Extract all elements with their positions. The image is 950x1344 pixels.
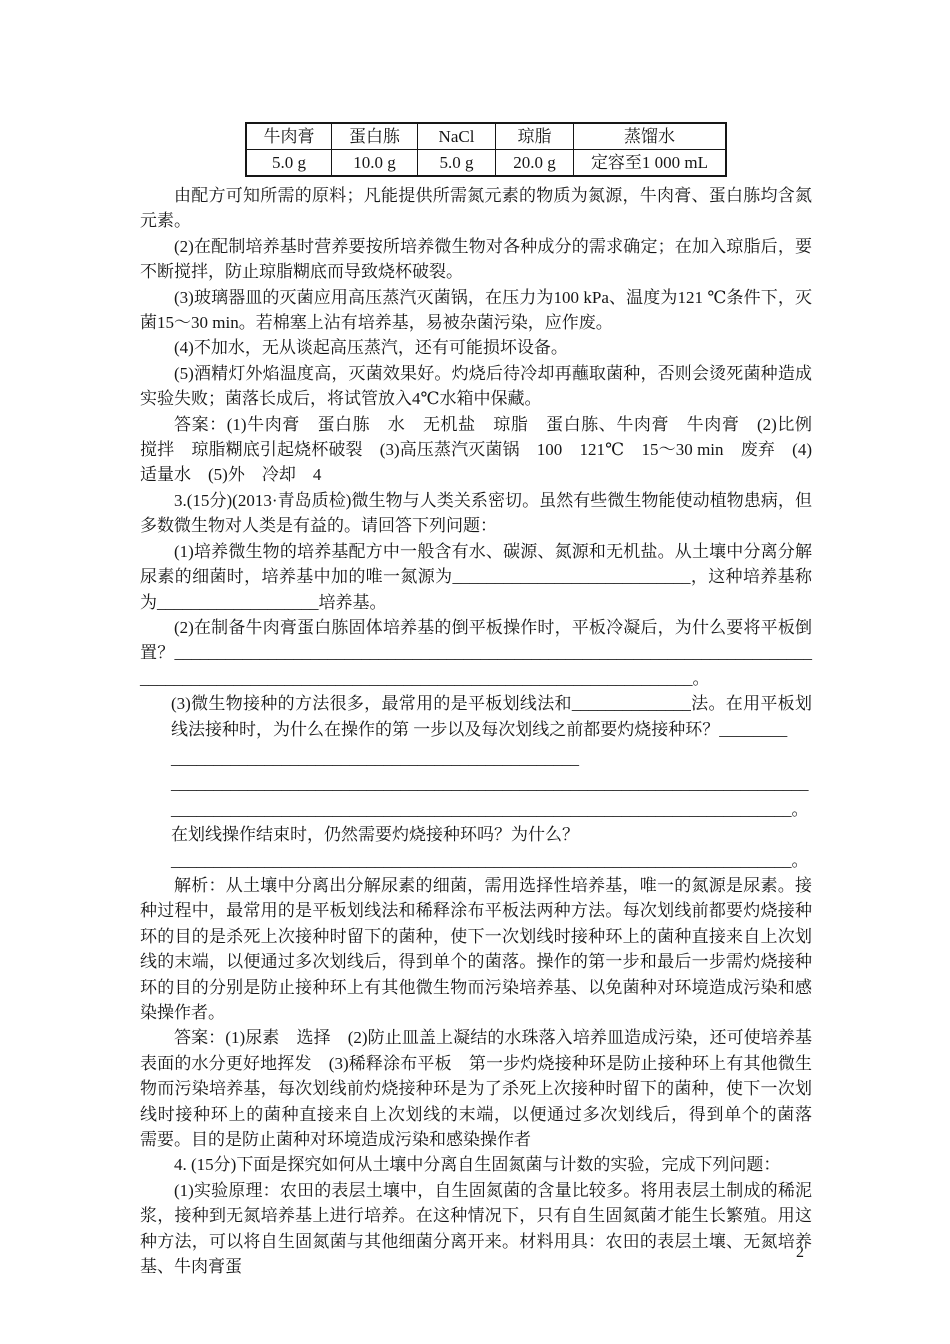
- answer-blank-line: ________________________________________…: [171, 771, 812, 796]
- para-question-3-intro: 3.(15分)(2013·青岛质检)微生物与人类关系密切。虽然有些微生物能使动植…: [140, 488, 812, 539]
- table-value-cell: 10.0 g: [332, 150, 418, 177]
- para-explanation-4: (4)不加水，无从谈起高压蒸汽，还有可能损坏设备。: [140, 335, 812, 360]
- table-header-cell: 牛肉膏: [246, 123, 332, 150]
- table-header-row: 牛肉膏 蛋白胨 NaCl 琼脂 蒸馏水: [246, 123, 726, 150]
- para-question-4-part1: (1)实验原理：农田的表层土壤中，自生固氮菌的含量比较多。将用表层土制成的稀泥浆…: [140, 1178, 812, 1280]
- table-value-cell: 20.0 g: [496, 150, 574, 177]
- table-value-cell: 5.0 g: [418, 150, 496, 177]
- table-value-cell: 5.0 g: [246, 150, 332, 177]
- para-question-3-part3: (3)微生物接种的方法很多，最常用的是平板划线法和______________法…: [171, 691, 812, 742]
- para-answer-q3: 答案：(1)尿素 选择 (2)防止皿盖上凝结的水珠落入培养皿造成污染，还可使培养…: [140, 1025, 812, 1152]
- table-header-cell: 蒸馏水: [574, 123, 727, 150]
- para-explanation-2: (2)在配制培养基时营养要按所培养微生物对各种成分的需求确定；在加入琼脂后，要不…: [140, 234, 812, 285]
- medium-recipe-table: 牛肉膏 蛋白胨 NaCl 琼脂 蒸馏水 5.0 g 10.0 g 5.0 g 2…: [245, 122, 727, 177]
- table-header-cell: 蛋白胨: [332, 123, 418, 150]
- table-header-cell: 琼脂: [496, 123, 574, 150]
- para-recipe-explanation: 由配方可知所需的原料；凡能提供所需氮元素的物质为氮源，牛肉膏、蛋白胨均含氮元素。: [140, 183, 812, 234]
- answer-blank-line: ________________________________________…: [171, 848, 812, 873]
- answer-blank-line: ________________________________________…: [171, 746, 812, 771]
- para-question-4-intro: 4. (15分)下面是探究如何从土壤中分离自生固氮菌与计数的实验，完成下列问题：: [140, 1152, 812, 1177]
- para-analysis-q3: 解析：从土壤中分离出分解尿素的细菌，需用选择性培养基，唯一的氮源是尿素。接种过程…: [140, 873, 812, 1025]
- para-explanation-3: (3)玻璃器皿的灭菌应用高压蒸汽灭菌锅，在压力为100 kPa、温度为121 ℃…: [140, 285, 812, 336]
- para-question-3-part3-followup: 在划线操作结束时，仍然需要灼烧接种环吗？为什么？: [171, 822, 812, 847]
- page-number: 2: [796, 1243, 804, 1263]
- document-page: 牛肉膏 蛋白胨 NaCl 琼脂 蒸馏水 5.0 g 10.0 g 5.0 g 2…: [0, 0, 950, 1344]
- answer-blank-line: ________________________________________…: [171, 797, 812, 822]
- para-question-3-part2: (2)在制备牛肉膏蛋白胨固体培养基的倒平板操作时，平板冷凝后，为什么要将平板倒置…: [140, 615, 812, 691]
- para-question-3-part1: (1)培养微生物的培养基配方中一般含有水、碳源、氮源和无机盐。从土壤中分离分解尿…: [140, 539, 812, 615]
- table-header-cell: NaCl: [418, 123, 496, 150]
- document-content: 牛肉膏 蛋白胨 NaCl 琼脂 蒸馏水 5.0 g 10.0 g 5.0 g 2…: [140, 122, 812, 1279]
- para-answer-q2: 答案：(1)牛肉膏 蛋白胨 水 无机盐 琼脂 蛋白胨、牛肉膏 牛肉膏 (2)比例…: [140, 412, 812, 488]
- question-3-part3-block: (3)微生物接种的方法很多，最常用的是平板划线法和______________法…: [171, 691, 812, 873]
- table-value-row: 5.0 g 10.0 g 5.0 g 20.0 g 定容至1 000 mL: [246, 150, 726, 177]
- table-value-cell: 定容至1 000 mL: [574, 150, 727, 177]
- para-explanation-5: (5)酒精灯外焰温度高，灭菌效果好。灼烧后待冷却再蘸取菌种，否则会烫死菌种造成实…: [140, 361, 812, 412]
